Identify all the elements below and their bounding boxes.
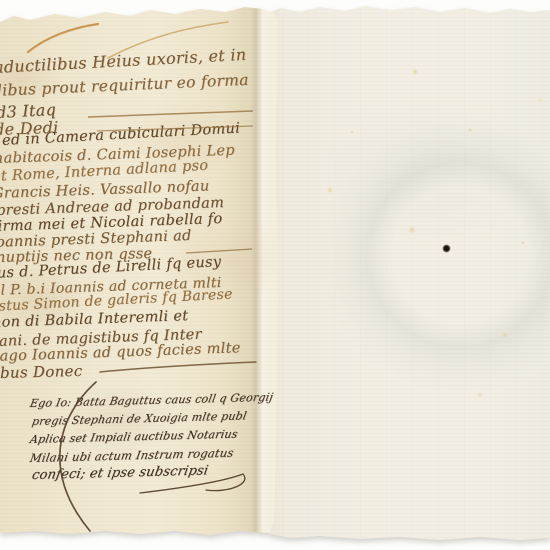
notary-subscription-line: Aplica set Impiali auctibus Notarius — [29, 428, 239, 447]
foxing-spots — [256, 0, 550, 550]
notary-subscription-line: Milani ubi actum Instrum rogatus — [29, 446, 235, 465]
notary-subscription-line: Ego Io: Batta Baguttus caus coll q Georg… — [29, 391, 274, 410]
circular-stain — [256, 0, 550, 550]
notary-subscription-line: pregis Stephani de Xuoigia mlte publ — [31, 409, 248, 428]
left-page: aductilibus Heius uxoris, et in dibus pr… — [0, 0, 278, 550]
manuscript-line: dibus prout requiritur eo forma — [0, 71, 249, 100]
right-page — [256, 0, 550, 550]
paper-sheet: aductilibus Heius uxoris, et in dibus pr… — [0, 0, 550, 550]
worm-hole — [442, 244, 451, 253]
notary-subscription-line: confeci; et ipse subscripsi — [31, 463, 210, 483]
manuscript-photo: aductilibus Heius uxoris, et in dibus pr… — [0, 0, 550, 550]
manuscript-line: bus Donec — [0, 362, 83, 382]
